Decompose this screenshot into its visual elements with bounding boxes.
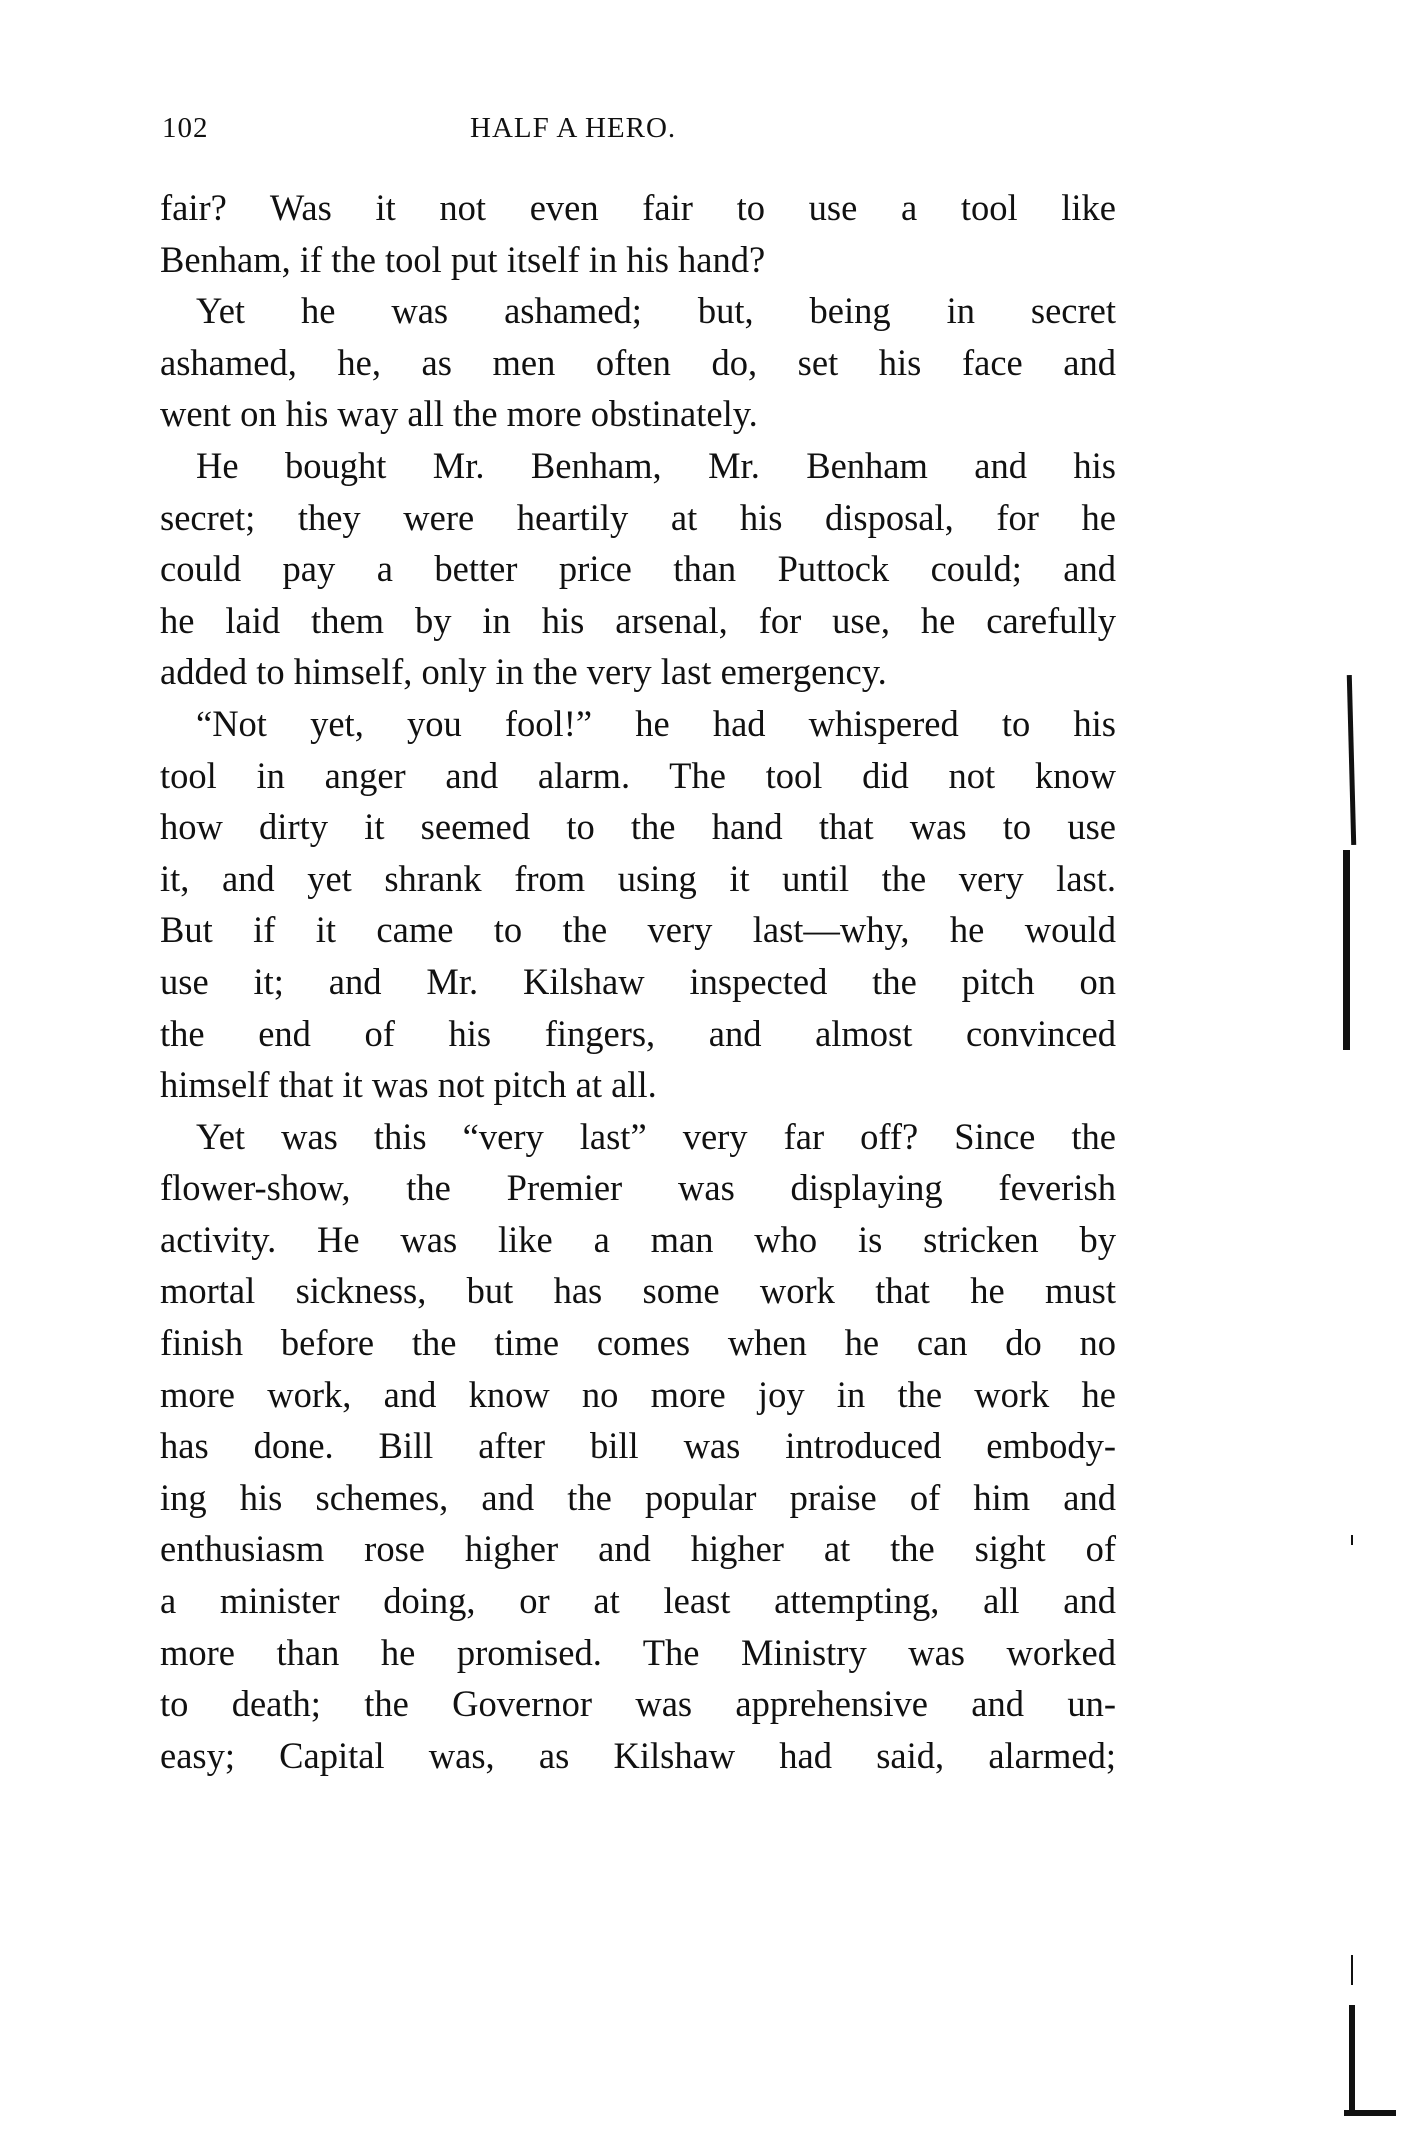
- text-line: enthusiasm rose higher and higher at the…: [160, 1523, 1116, 1575]
- page-number: 102: [162, 112, 209, 145]
- text-line: how dirty it seemed to the hand that was…: [160, 801, 1116, 853]
- text-line: easy; Capital was, as Kilshaw had said, …: [160, 1730, 1116, 1782]
- text-line: “Not yet, you fool!” he had whispered to…: [160, 698, 1116, 750]
- text-line: himself that it was not pitch at all.: [160, 1059, 1116, 1111]
- text-line: to death; the Governor was apprehensive …: [160, 1678, 1116, 1730]
- body-text: fair? Was it not even fair to use a tool…: [160, 182, 1116, 1781]
- text-line: He bought Mr. Benham, Mr. Benham and his: [160, 440, 1116, 492]
- scan-edge-mark: [1344, 2110, 1396, 2116]
- text-line: ing his schemes, and the popular praise …: [160, 1472, 1116, 1524]
- scan-edge-mark: [1351, 1955, 1353, 1985]
- text-line: more than he promised. The Ministry was …: [160, 1627, 1116, 1679]
- scan-edge-mark: [1347, 675, 1356, 845]
- text-line: Yet he was ashamed; but, being in secret: [160, 285, 1116, 337]
- text-line: Benham, if the tool put itself in his ha…: [160, 234, 1116, 286]
- text-line: has done. Bill after bill was introduced…: [160, 1420, 1116, 1472]
- text-line: flower-show, the Premier was displaying …: [160, 1162, 1116, 1214]
- text-line: Yet was this “very last” very far off? S…: [160, 1111, 1116, 1163]
- text-line: secret; they were heartily at his dispos…: [160, 492, 1116, 544]
- text-line: went on his way all the more obstinately…: [160, 388, 1116, 440]
- text-line: the end of his fingers, and almost convi…: [160, 1008, 1116, 1060]
- text-line: fair? Was it not even fair to use a tool…: [160, 182, 1116, 234]
- text-line: more work, and know no more joy in the w…: [160, 1369, 1116, 1421]
- text-line: he laid them by in his arsenal, for use,…: [160, 595, 1116, 647]
- scan-edge-mark: [1351, 1535, 1353, 1545]
- scan-edge-mark: [1343, 850, 1350, 1050]
- text-line: could pay a better price than Puttock co…: [160, 543, 1116, 595]
- scan-edge-mark: [1349, 2005, 1355, 2115]
- text-line: activity. He was like a man who is stric…: [160, 1214, 1116, 1266]
- text-line: mortal sickness, but has some work that …: [160, 1265, 1116, 1317]
- text-line: use it; and Mr. Kilshaw inspected the pi…: [160, 956, 1116, 1008]
- text-line: it, and yet shrank from using it until t…: [160, 853, 1116, 905]
- running-title: HALF A HERO.: [470, 112, 676, 145]
- text-line: tool in anger and alarm. The tool did no…: [160, 750, 1116, 802]
- text-line: ashamed, he, as men often do, set his fa…: [160, 337, 1116, 389]
- text-line: finish before the time comes when he can…: [160, 1317, 1116, 1369]
- text-line: a minister doing, or at least attempting…: [160, 1575, 1116, 1627]
- running-header: 102 HALF A HERO.: [160, 112, 1120, 156]
- text-line: added to himself, only in the very last …: [160, 646, 1116, 698]
- text-line: But if it came to the very last—why, he …: [160, 904, 1116, 956]
